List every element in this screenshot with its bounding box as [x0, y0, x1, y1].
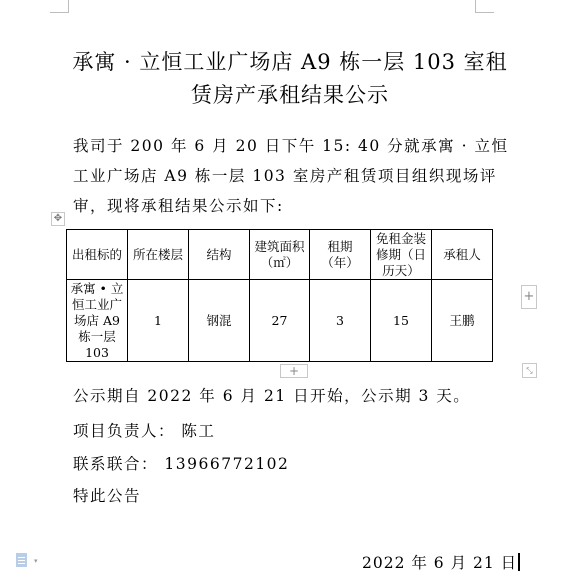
header-area: 建筑面积（㎡） — [250, 230, 310, 280]
paste-options-dropdown-arrow-icon[interactable]: ▾ — [34, 557, 38, 565]
header-rent-free-period: 免租金装修期（日历天） — [371, 230, 432, 280]
header-tenant: 承租人 — [432, 230, 493, 280]
header-floor: 所在楼层 — [128, 230, 189, 280]
table-row: 承寓 • 立恒工业广场店 A9 栋一层 103 1 钢混 27 3 15 王鹏 — [67, 280, 493, 362]
date-text: 2022 年 6 月 21 日 — [362, 554, 517, 572]
table-header-row: 出租标的 所在楼层 结构 建筑面积（㎡） 租期（年） 免租金装修期（日历天） 承… — [67, 230, 493, 280]
contact-text: 联系联合： 13966772102 — [73, 454, 289, 474]
add-column-button[interactable]: + — [521, 285, 537, 309]
table-resize-handle-icon[interactable]: ⤡ — [522, 363, 537, 378]
add-row-button[interactable]: + — [280, 364, 308, 378]
cell-rent-free-period: 15 — [371, 280, 432, 362]
intro-paragraph: 我司于 200 年 6 月 20 日下午 15: 40 分就承寓 · 立恒工业广… — [73, 131, 523, 221]
table-move-handle-icon[interactable]: ✥ — [51, 212, 65, 226]
page-corner-mark-right — [475, 0, 494, 13]
cell-tenant: 王鹏 — [432, 280, 493, 362]
cell-rental-target: 承寓 • 立恒工业广场店 A9 栋一层 103 — [67, 280, 128, 362]
header-rental-target: 出租标的 — [67, 230, 128, 280]
cell-lease-term: 3 — [310, 280, 371, 362]
cell-floor: 1 — [128, 280, 189, 362]
document-title-line-1: 承寓 · 立恒工业广场店 A9 栋一层 103 室租 — [60, 46, 520, 78]
cell-area: 27 — [250, 280, 310, 362]
closing-text: 特此公告 — [73, 486, 141, 506]
project-lead-text: 项目负责人： 陈工 — [73, 421, 215, 441]
paste-options-document-icon[interactable] — [16, 553, 27, 567]
cell-structure: 钢混 — [189, 280, 250, 362]
signature-date: 2022 年 6 月 21 日 — [362, 553, 520, 573]
header-structure: 结构 — [189, 230, 250, 280]
page-corner-mark-left — [50, 0, 69, 13]
rental-result-table: 出租标的 所在楼层 结构 建筑面积（㎡） 租期（年） 免租金装修期（日历天） 承… — [66, 229, 493, 362]
notice-period-text: 公示期自 2022 年 6 月 21 日开始，公示期 3 天。 — [73, 386, 470, 406]
document-title-line-2: 赁房产承租结果公示 — [60, 79, 520, 111]
header-lease-term: 租期（年） — [310, 230, 371, 280]
text-cursor — [518, 553, 520, 571]
